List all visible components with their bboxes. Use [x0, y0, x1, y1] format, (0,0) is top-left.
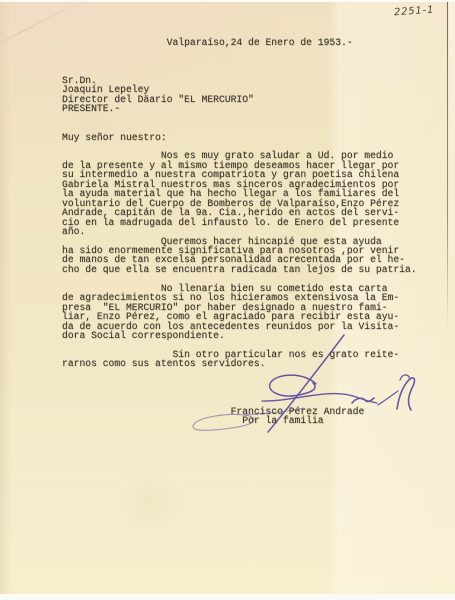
typewritten-letter-text: Valparaíso,24 de Enero de 1953.- Sr.Dn. … — [62, 38, 417, 426]
paper-edge-highlight — [449, 2, 455, 332]
scanned-letter: 2251-1 Valparaíso,24 de Enero de 1953.- … — [0, 0, 455, 600]
letter-paper: 2251-1 Valparaíso,24 de Enero de 1953.- … — [0, 2, 455, 594]
archive-number: 2251-1 — [394, 5, 435, 19]
paper-edge-shadow — [447, 2, 448, 332]
